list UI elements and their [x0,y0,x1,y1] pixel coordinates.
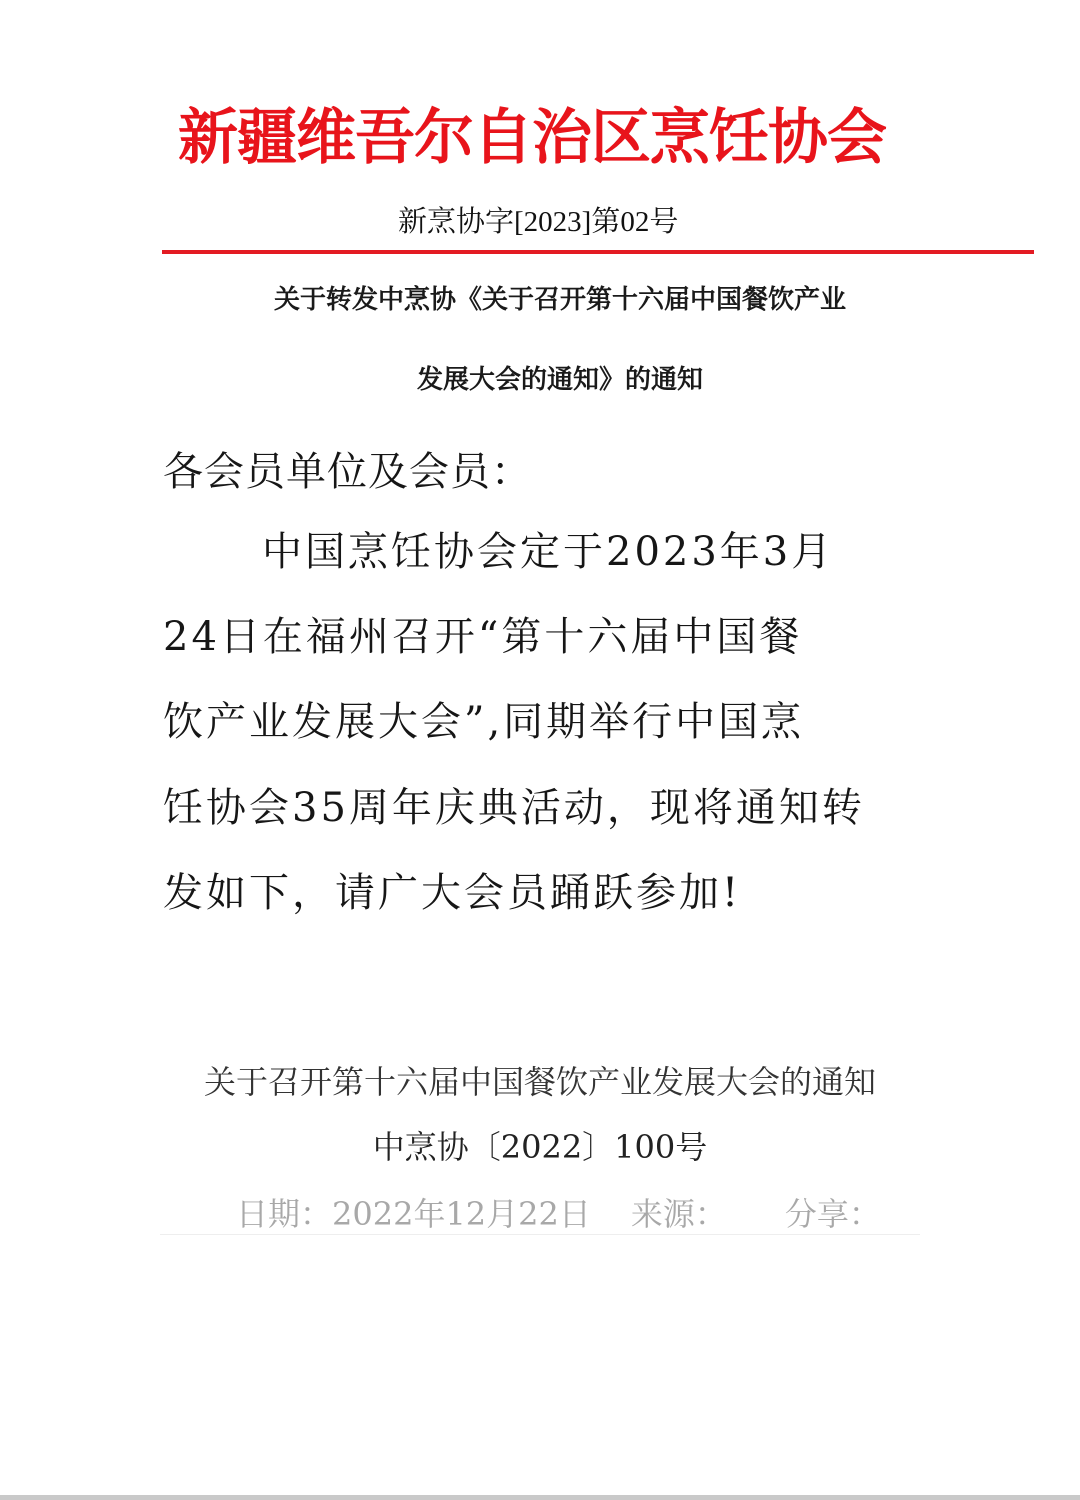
body-line-5: 发如下，请广大会员踊跃参加! [163,867,741,919]
meta-date: 日期：2022年12月22日 [236,1192,591,1236]
subject-line-2: 发展大会的通知》的通知 [160,362,960,398]
meta-divider [160,1234,920,1235]
letterhead-organization: 新疆维吾尔自治区烹饪协会 [162,100,902,176]
forwarded-notice-title: 关于召开第十六届中国餐饮产业发展大会的通知 [162,1060,918,1104]
bottom-edge-bar [0,1495,1080,1500]
letterhead-red-rule [162,250,1034,254]
meta-source: 来源： [631,1192,727,1236]
meta-share[interactable]: 分享： [785,1192,881,1236]
body-line-1: 中国烹饪协会定于2023年3月 [262,526,834,578]
body-line-4: 饪协会35周年庆典活动，现将通知转 [163,782,865,834]
salutation: 各会员单位及会员： [163,446,532,498]
document-number-text: 新烹协字[2023]第02号 [398,202,678,242]
body-line-2: 24日在福州召开“第十六届中国餐 [163,611,802,663]
subject-line-1: 关于转发中烹协《关于召开第十六届中国餐饮产业 [160,282,960,318]
body-line-3: 饮产业发展大会”,同期举行中国烹 [163,696,804,748]
forwarded-notice-number: 中烹协〔2022〕100号 [162,1125,918,1169]
notice-meta-row: 日期：2022年12月22日 来源： 分享： [236,1192,881,1236]
